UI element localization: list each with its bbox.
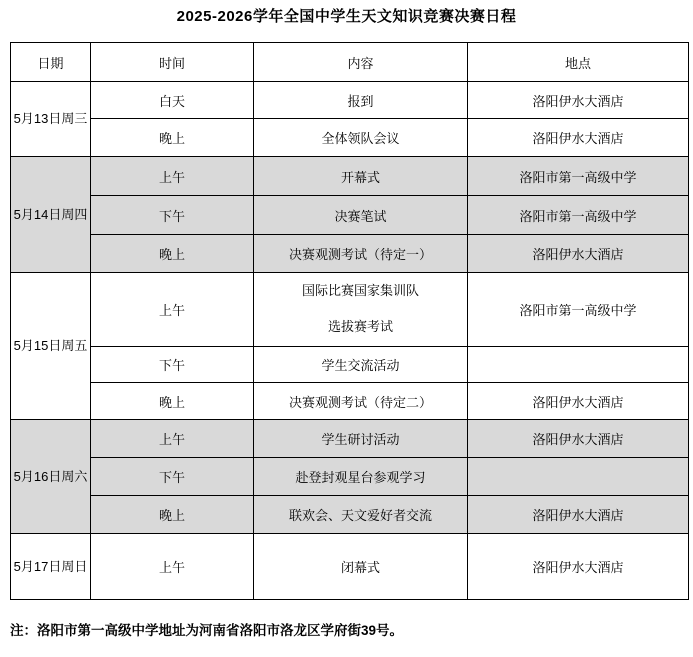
table-row: 5月14日周四 上午 开幕式 洛阳市第一高级中学 [11,157,689,196]
table-row: 5月17日周日 上午 闭幕式 洛阳伊水大酒店 [11,534,689,600]
date-cell-may16: 5月16日周六 [11,420,91,534]
location-cell: 洛阳伊水大酒店 [468,235,689,273]
content-cell: 闭幕式 [254,534,468,600]
time-cell: 晚上 [91,235,254,273]
time-cell: 下午 [91,347,254,383]
table-row: 5月15日周五 上午 国际比赛国家集训队 选拔赛考试 洛阳市第一高级中学 [11,273,689,347]
time-cell: 上午 [91,534,254,600]
date-cell-may14: 5月14日周四 [11,157,91,273]
date-cell-may15: 5月15日周五 [11,273,91,420]
content-cell: 联欢会、天文爱好者交流 [254,496,468,534]
time-cell: 上午 [91,420,254,458]
header-time: 时间 [91,43,254,82]
content-line-2: 选拔赛考试 [256,319,465,336]
content-cell: 国际比赛国家集训队 选拔赛考试 [254,273,468,347]
header-location: 地点 [468,43,689,82]
time-cell: 上午 [91,157,254,196]
table-row: 晚上 决赛观测考试（待定一） 洛阳伊水大酒店 [11,235,689,273]
content-cell: 决赛观测考试（待定一） [254,235,468,273]
content-cell: 决赛观测考试（待定二） [254,383,468,420]
location-cell: 洛阳市第一高级中学 [468,196,689,235]
table-row: 下午 学生交流活动 [11,347,689,383]
header-date: 日期 [11,43,91,82]
content-cell: 学生研讨活动 [254,420,468,458]
location-cell: 洛阳伊水大酒店 [468,383,689,420]
footnote: 注：洛阳市第一高级中学地址为河南省洛阳市洛龙区学府街39号。 [10,622,693,640]
header-content: 内容 [254,43,468,82]
location-cell: 洛阳伊水大酒店 [468,534,689,600]
location-cell: 洛阳伊水大酒店 [468,119,689,157]
time-cell: 下午 [91,458,254,496]
location-cell [468,458,689,496]
time-cell: 晚上 [91,119,254,157]
location-cell: 洛阳市第一高级中学 [468,273,689,347]
location-cell: 洛阳市第一高级中学 [468,157,689,196]
content-cell: 赴登封观星台参观学习 [254,458,468,496]
table-row: 晚上 全体领队会议 洛阳伊水大酒店 [11,119,689,157]
time-cell: 白天 [91,82,254,119]
table-row: 下午 赴登封观星台参观学习 [11,458,689,496]
table-header-row: 日期 时间 内容 地点 [11,43,689,82]
schedule-table: 日期 时间 内容 地点 5月13日周三 白天 报到 洛阳伊水大酒店 晚上 全体领… [10,42,689,600]
document-title: 2025-2026学年全国中学生天文知识竞赛决赛日程 [0,8,693,26]
time-cell: 晚上 [91,496,254,534]
date-cell-may13: 5月13日周三 [11,82,91,157]
table-row: 晚上 决赛观测考试（待定二） 洛阳伊水大酒店 [11,383,689,420]
content-cell: 全体领队会议 [254,119,468,157]
content-cell: 学生交流活动 [254,347,468,383]
time-cell: 晚上 [91,383,254,420]
location-cell: 洛阳伊水大酒店 [468,82,689,119]
location-cell: 洛阳伊水大酒店 [468,496,689,534]
content-cell: 开幕式 [254,157,468,196]
table-row: 5月13日周三 白天 报到 洛阳伊水大酒店 [11,82,689,119]
date-cell-may17: 5月17日周日 [11,534,91,600]
location-cell: 洛阳伊水大酒店 [468,420,689,458]
time-cell: 下午 [91,196,254,235]
content-line-1: 国际比赛国家集训队 [256,283,465,300]
table-row: 晚上 联欢会、天文爱好者交流 洛阳伊水大酒店 [11,496,689,534]
table-row: 5月16日周六 上午 学生研讨活动 洛阳伊水大酒店 [11,420,689,458]
time-cell: 上午 [91,273,254,347]
content-cell: 报到 [254,82,468,119]
document-page: 2025-2026学年全国中学生天文知识竞赛决赛日程 日期 时间 内容 地点 5… [0,0,693,657]
content-cell: 决赛笔试 [254,196,468,235]
table-row: 下午 决赛笔试 洛阳市第一高级中学 [11,196,689,235]
location-cell [468,347,689,383]
